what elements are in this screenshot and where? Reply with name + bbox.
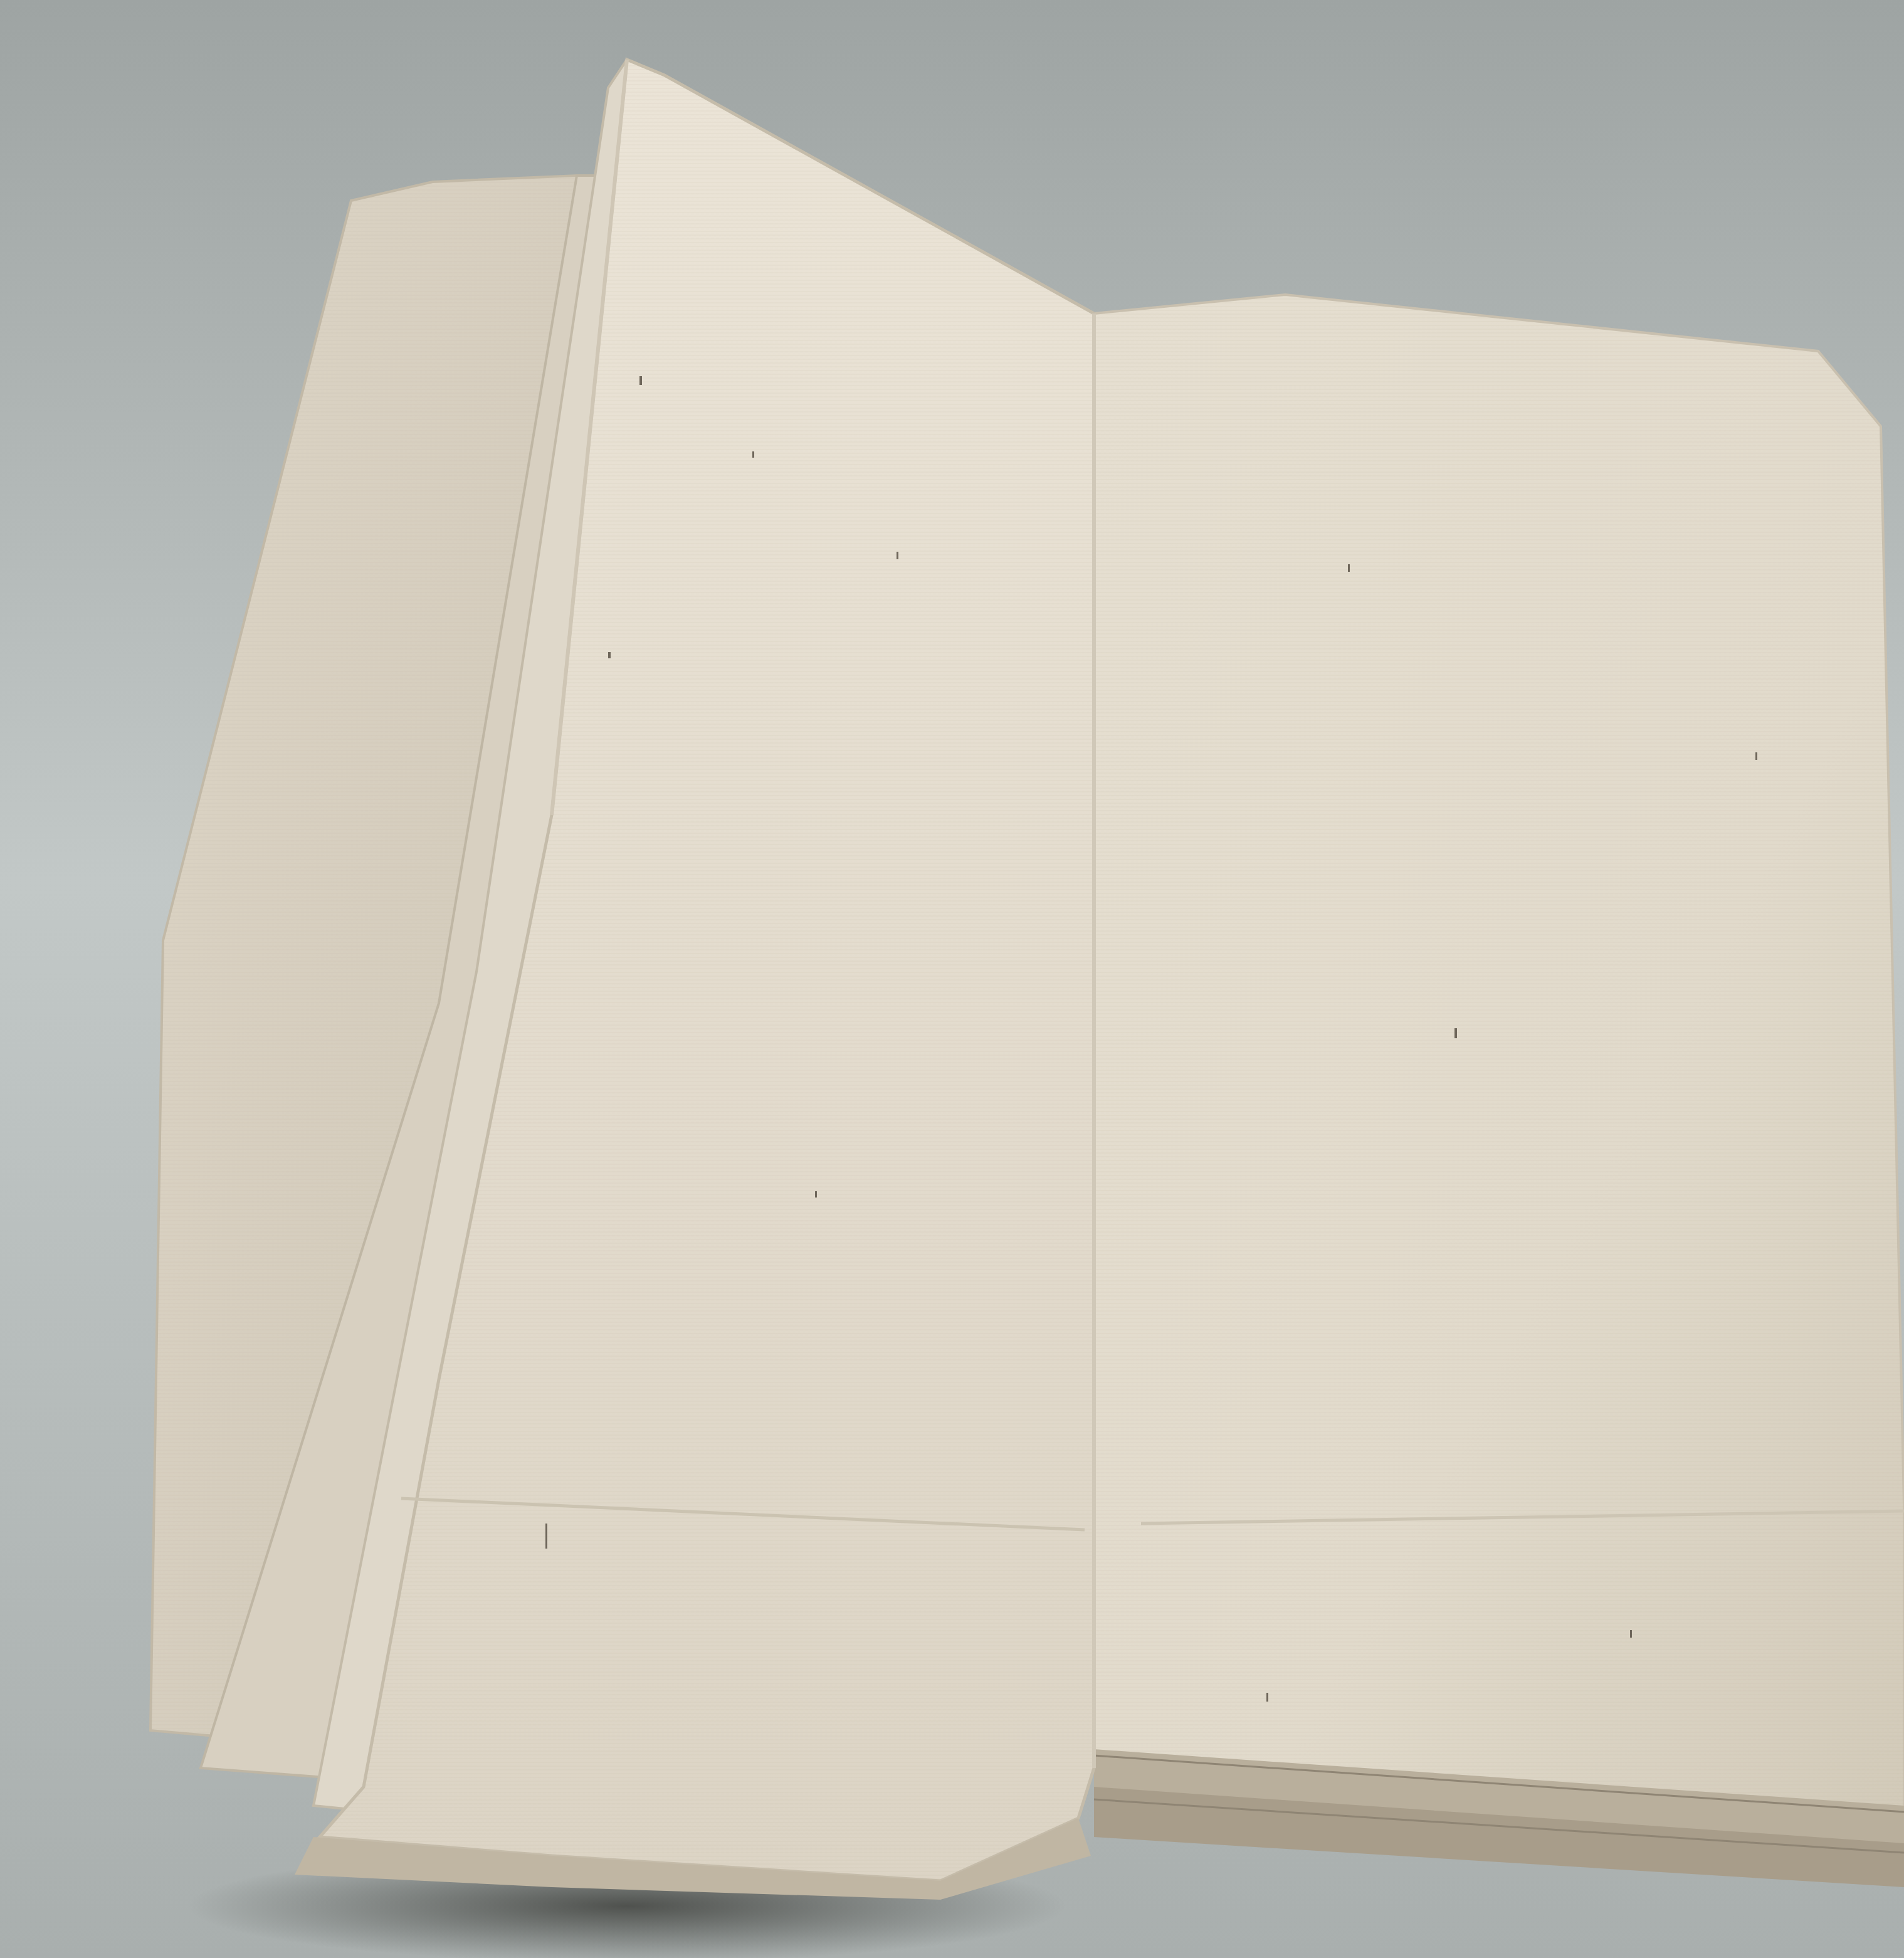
fabric-photo xyxy=(0,0,1904,1958)
fabric-texture xyxy=(1094,295,1904,1818)
fabric-photo-svg xyxy=(0,0,1904,1958)
